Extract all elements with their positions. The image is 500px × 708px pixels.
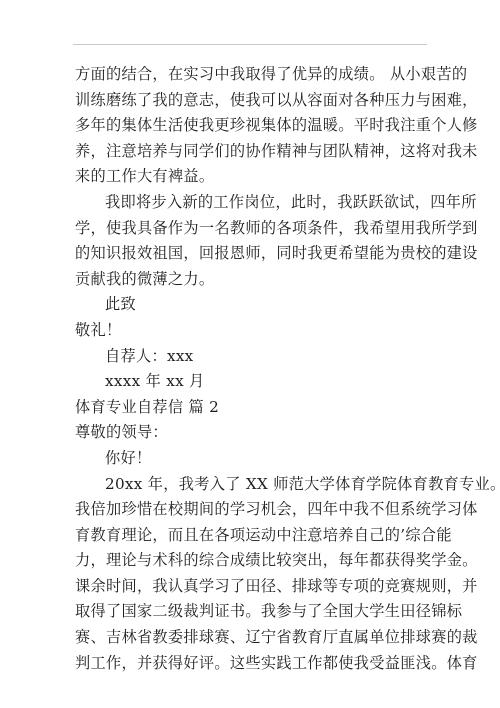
text-line: 的知识报效祖国，回报恩师，同时我更希望能为贵校的建设 bbox=[75, 241, 427, 267]
greeting-hello: 你好！ bbox=[75, 446, 427, 472]
date-line: xxxx 年 xx 月 bbox=[75, 369, 427, 395]
text-line: 学，使我具备作为一名教师的各项条件，我希望用我所学到 bbox=[75, 216, 427, 242]
header-rule bbox=[73, 44, 427, 45]
signature: 自荐人：xxx bbox=[75, 344, 427, 370]
text-line: 力，理论与术科的综合成绩比较突出，每年都获得奖学金。 bbox=[75, 548, 427, 574]
text-line: 我即将步入新的工作岗位，此时，我跃跃欲试，四年所 bbox=[75, 190, 427, 216]
text-line: 判工作，并获得好评。这些实践工作都使我受益匪浅。体育 bbox=[75, 651, 427, 677]
text-line: 贡献我的微薄之力。 bbox=[75, 267, 427, 293]
text-line: 养，注意培养与同学们的协作精神与团队精神，这将对我未 bbox=[75, 139, 427, 165]
text-line: 来的工作大有裨益。 bbox=[75, 164, 427, 190]
text-line: 取得了国家二级裁判证书。我参与了全国大学生田径锦标 bbox=[75, 599, 427, 625]
section-title: 体育专业自荐信 篇 2 bbox=[75, 395, 427, 421]
closing-regards: 敬礼！ bbox=[75, 318, 427, 344]
closing-salutation: 此致 bbox=[75, 292, 427, 318]
greeting: 尊敬的领导： bbox=[75, 420, 427, 446]
text-line: 方面的结合，在实习中我取得了优异的成绩。 从小艰苦的 bbox=[75, 62, 427, 88]
text-line: 赛、吉林省教委排球赛、辽宁省教育厅直属单位排球赛的裁 bbox=[75, 625, 427, 651]
text-line: 我倍加珍惜在校期间的学习机会，四年中我不但系统学习体 bbox=[75, 497, 427, 523]
text-line: 课余时间，我认真学习了田径、排球等专项的竞赛规则，并 bbox=[75, 574, 427, 600]
text-line: 多年的集体生活使我更珍视集体的温暖。平时我注重个人修 bbox=[75, 113, 427, 139]
text-line: 育教育理论，而且在各项运动中注意培养自己的’综合能 bbox=[75, 523, 427, 549]
text-line: 20xx 年，我考入了 XX 师范大学体育学院体育教育专业。 bbox=[75, 472, 427, 498]
document-body: 方面的结合，在实习中我取得了优异的成绩。 从小艰苦的 训练磨练了我的意志，使我可… bbox=[75, 62, 427, 676]
text-line: 训练磨练了我的意志，使我可以从容面对各种压力与困难， bbox=[75, 88, 427, 114]
